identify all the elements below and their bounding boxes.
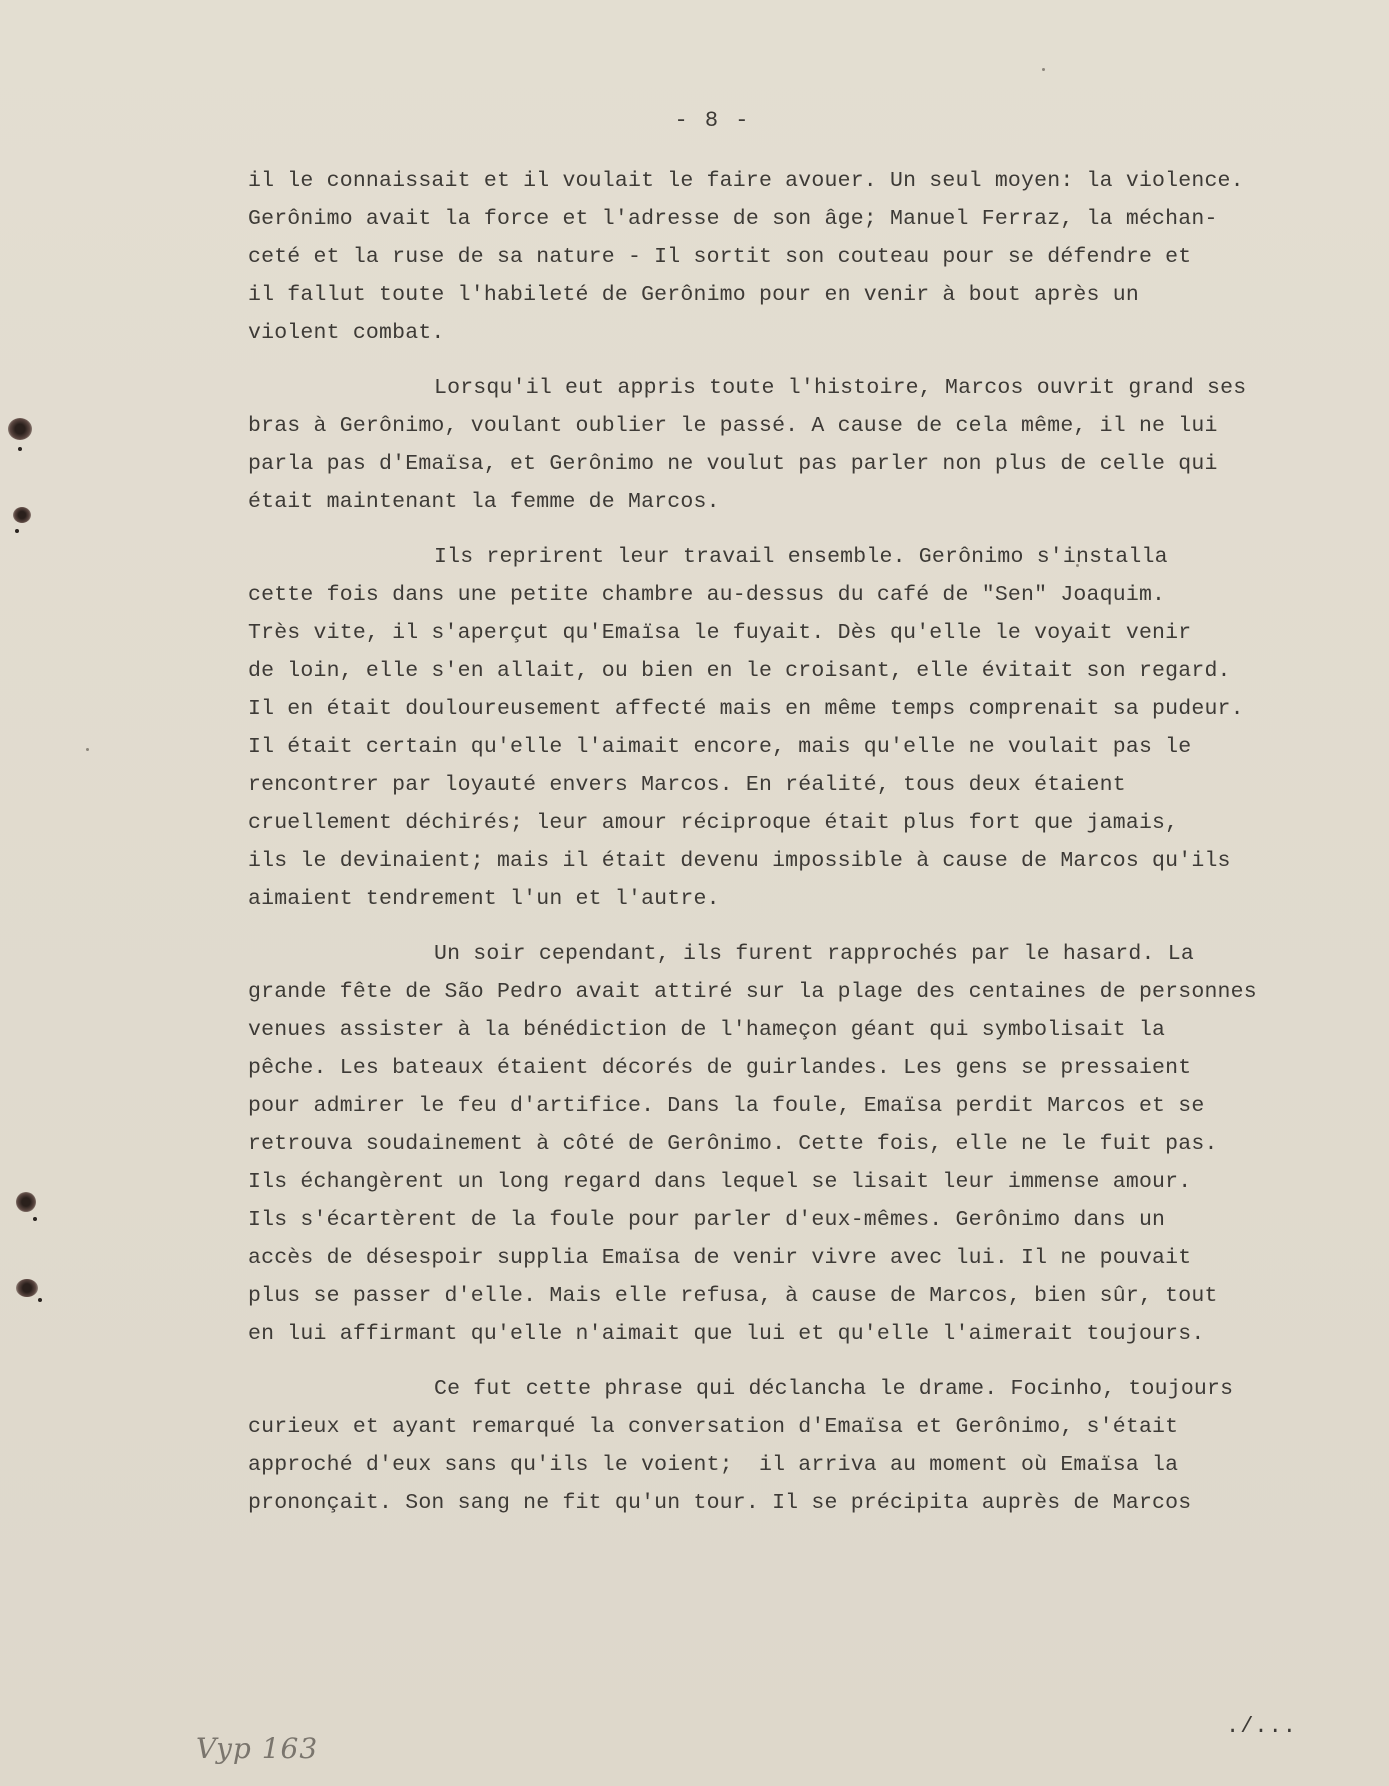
text-line: grande fête de São Pedro avait attiré su… [248,973,1378,1011]
text-line: Très vite, il s'aperçut qu'Emaïsa le fuy… [248,614,1378,652]
text-line: aimaient tendrement l'un et l'autre. [248,880,1378,918]
text-line: cette fois dans une petite chambre au-de… [248,576,1378,614]
text-line: prononçait. Son sang ne fit qu'un tour. … [248,1484,1378,1522]
text-line: Ils échangèrent un long regard dans lequ… [248,1163,1378,1201]
text-line: parla pas d'Emaïsa, et Gerônimo ne voulu… [248,445,1378,483]
text-line: Lorsqu'il eut appris toute l'histoire, M… [248,369,1378,407]
text-line: violent combat. [248,314,1378,352]
handwritten-archive-note: Vyp 163 [196,1732,318,1765]
text-line: accès de désespoir supplia Emaïsa de ven… [248,1239,1378,1277]
text-line: plus se passer d'elle. Mais elle refusa,… [248,1277,1378,1315]
continuation-mark: ./... [1226,1714,1297,1739]
punch-hole-mark [13,507,31,523]
text-line: venues assister à la bénédiction de l'ha… [248,1011,1378,1049]
paragraph-gap [248,352,1378,369]
paragraph-gap [248,521,1378,538]
page-number: - 8 - [0,108,1389,133]
text-line: il fallut toute l'habileté de Gerônimo p… [248,276,1378,314]
text-line: Ils reprirent leur travail ensemble. Ger… [248,538,1378,576]
text-line: ceté et la ruse de sa nature - Il sortit… [248,238,1378,276]
text-line: pêche. Les bateaux étaient décorés de gu… [248,1049,1378,1087]
text-line: Ce fut cette phrase qui déclancha le dra… [248,1370,1378,1408]
text-line: rencontrer par loyauté envers Marcos. En… [248,766,1378,804]
paper-page: - 8 - il le connaissait et il voulait le… [0,0,1389,1786]
punch-hole-dot [38,1298,42,1302]
paragraph: Lorsqu'il eut appris toute l'histoire, M… [248,369,1378,521]
punch-hole-dot [33,1217,37,1221]
text-line: en lui affirmant qu'elle n'aimait que lu… [248,1315,1378,1353]
text-line: ils le devinaient; mais il était devenu … [248,842,1378,880]
text-line: il le connaissait et il voulait le faire… [248,162,1378,200]
paper-speck [86,748,89,751]
paragraph-gap [248,918,1378,935]
paragraph: Ils reprirent leur travail ensemble. Ger… [248,538,1378,918]
paper-speck [1076,564,1079,567]
text-line: Il en était douloureusement affecté mais… [248,690,1378,728]
paper-speck [1042,68,1045,71]
punch-hole-dot [15,529,19,533]
paragraph: Ce fut cette phrase qui déclancha le dra… [248,1370,1378,1522]
text-line: curieux et ayant remarqué la conversatio… [248,1408,1378,1446]
text-line: Gerônimo avait la force et l'adresse de … [248,200,1378,238]
text-line: Ils s'écartèrent de la foule pour parler… [248,1201,1378,1239]
typewritten-body: il le connaissait et il voulait le faire… [248,162,1378,1522]
text-line: approché d'eux sans qu'ils le voient; il… [248,1446,1378,1484]
paragraph: Un soir cependant, ils furent rapprochés… [248,935,1378,1353]
text-line: Un soir cependant, ils furent rapprochés… [248,935,1378,973]
punch-hole-mark [16,1192,36,1212]
punch-hole-dot [18,447,22,451]
text-line: pour admirer le feu d'artifice. Dans la … [248,1087,1378,1125]
paragraph-gap [248,1353,1378,1370]
text-line: Il était certain qu'elle l'aimait encore… [248,728,1378,766]
text-line: de loin, elle s'en allait, ou bien en le… [248,652,1378,690]
text-line: était maintenant la femme de Marcos. [248,483,1378,521]
punch-hole-mark [8,418,32,440]
text-line: retrouva soudainement à côté de Gerônimo… [248,1125,1378,1163]
text-line: bras à Gerônimo, voulant oublier le pass… [248,407,1378,445]
punch-hole-mark [16,1279,38,1297]
paragraph: il le connaissait et il voulait le faire… [248,162,1378,352]
text-line: cruellement déchirés; leur amour récipro… [248,804,1378,842]
